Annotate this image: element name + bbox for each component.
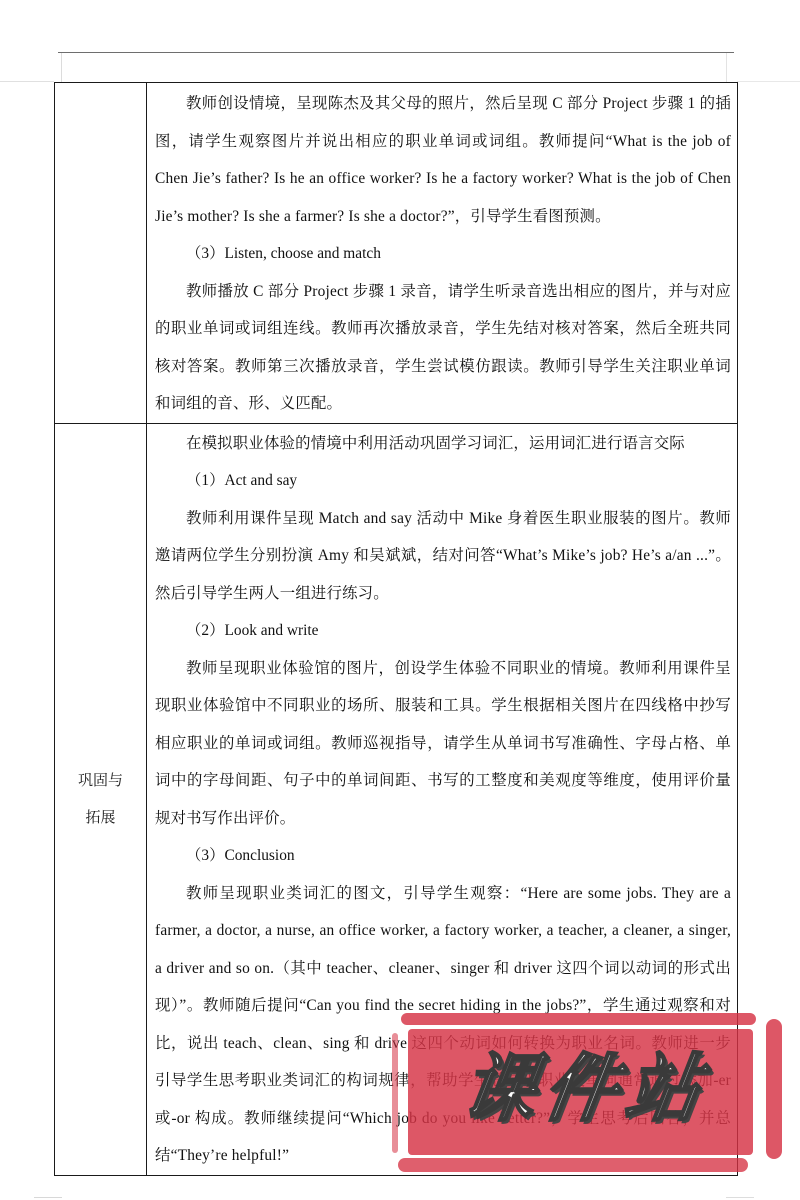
stage-content-cell: 在模拟职业体验的情境中利用活动巩固学习词汇，运用词汇进行语言交际 （1）Act … bbox=[147, 423, 738, 1175]
crop-mark bbox=[61, 53, 62, 82]
activity-heading: （1）Act and say bbox=[155, 462, 731, 500]
activity-heading: （2）Look and write bbox=[155, 612, 731, 650]
paragraph: 教师呈现职业体验馆的图片，创设学生体验不同职业的情境。教师利用课件呈现职业体验馆… bbox=[155, 650, 731, 838]
stage-label-cell bbox=[55, 83, 147, 424]
activity-heading: （3）Conclusion bbox=[155, 837, 731, 875]
page-header-rule bbox=[58, 52, 734, 53]
paragraph: 在模拟职业体验的情境中利用活动巩固学习词汇，运用词汇进行语言交际 bbox=[155, 425, 731, 463]
margin-guide bbox=[737, 81, 800, 82]
table-row: 教师创设情境，呈现陈杰及其父母的照片，然后呈现 C 部分 Project 步骤 … bbox=[55, 83, 738, 424]
activity-heading: （3）Listen, choose and match bbox=[155, 235, 731, 273]
margin-guide bbox=[0, 81, 54, 82]
paragraph: 教师创设情境，呈现陈杰及其父母的照片，然后呈现 C 部分 Project 步骤 … bbox=[155, 85, 731, 235]
stage-content-cell: 教师创设情境，呈现陈杰及其父母的照片，然后呈现 C 部分 Project 步骤 … bbox=[147, 83, 738, 424]
table-row: 巩固与 拓展 在模拟职业体验的情境中利用活动巩固学习词汇，运用词汇进行语言交际 … bbox=[55, 423, 738, 1175]
paragraph: 教师播放 C 部分 Project 步骤 1 录音，请学生听录音选出相应的图片，… bbox=[155, 273, 731, 423]
stamp-border bbox=[766, 1019, 782, 1159]
paragraph: 教师呈现职业类词汇的图文，引导学生观察：“Here are some jobs.… bbox=[155, 875, 731, 1175]
crop-mark bbox=[726, 1197, 754, 1198]
paragraph: 教师利用课件呈现 Match and say 活动中 Mike 身着医生职业服装… bbox=[155, 500, 731, 613]
crop-mark bbox=[34, 1197, 62, 1198]
stage-label-line: 巩固与 bbox=[55, 762, 146, 800]
stage-label-line: 拓展 bbox=[55, 799, 146, 837]
crop-mark bbox=[726, 53, 727, 82]
stage-label-cell: 巩固与 拓展 bbox=[55, 423, 147, 1175]
lesson-plan-table: 教师创设情境，呈现陈杰及其父母的照片，然后呈现 C 部分 Project 步骤 … bbox=[54, 82, 738, 1176]
